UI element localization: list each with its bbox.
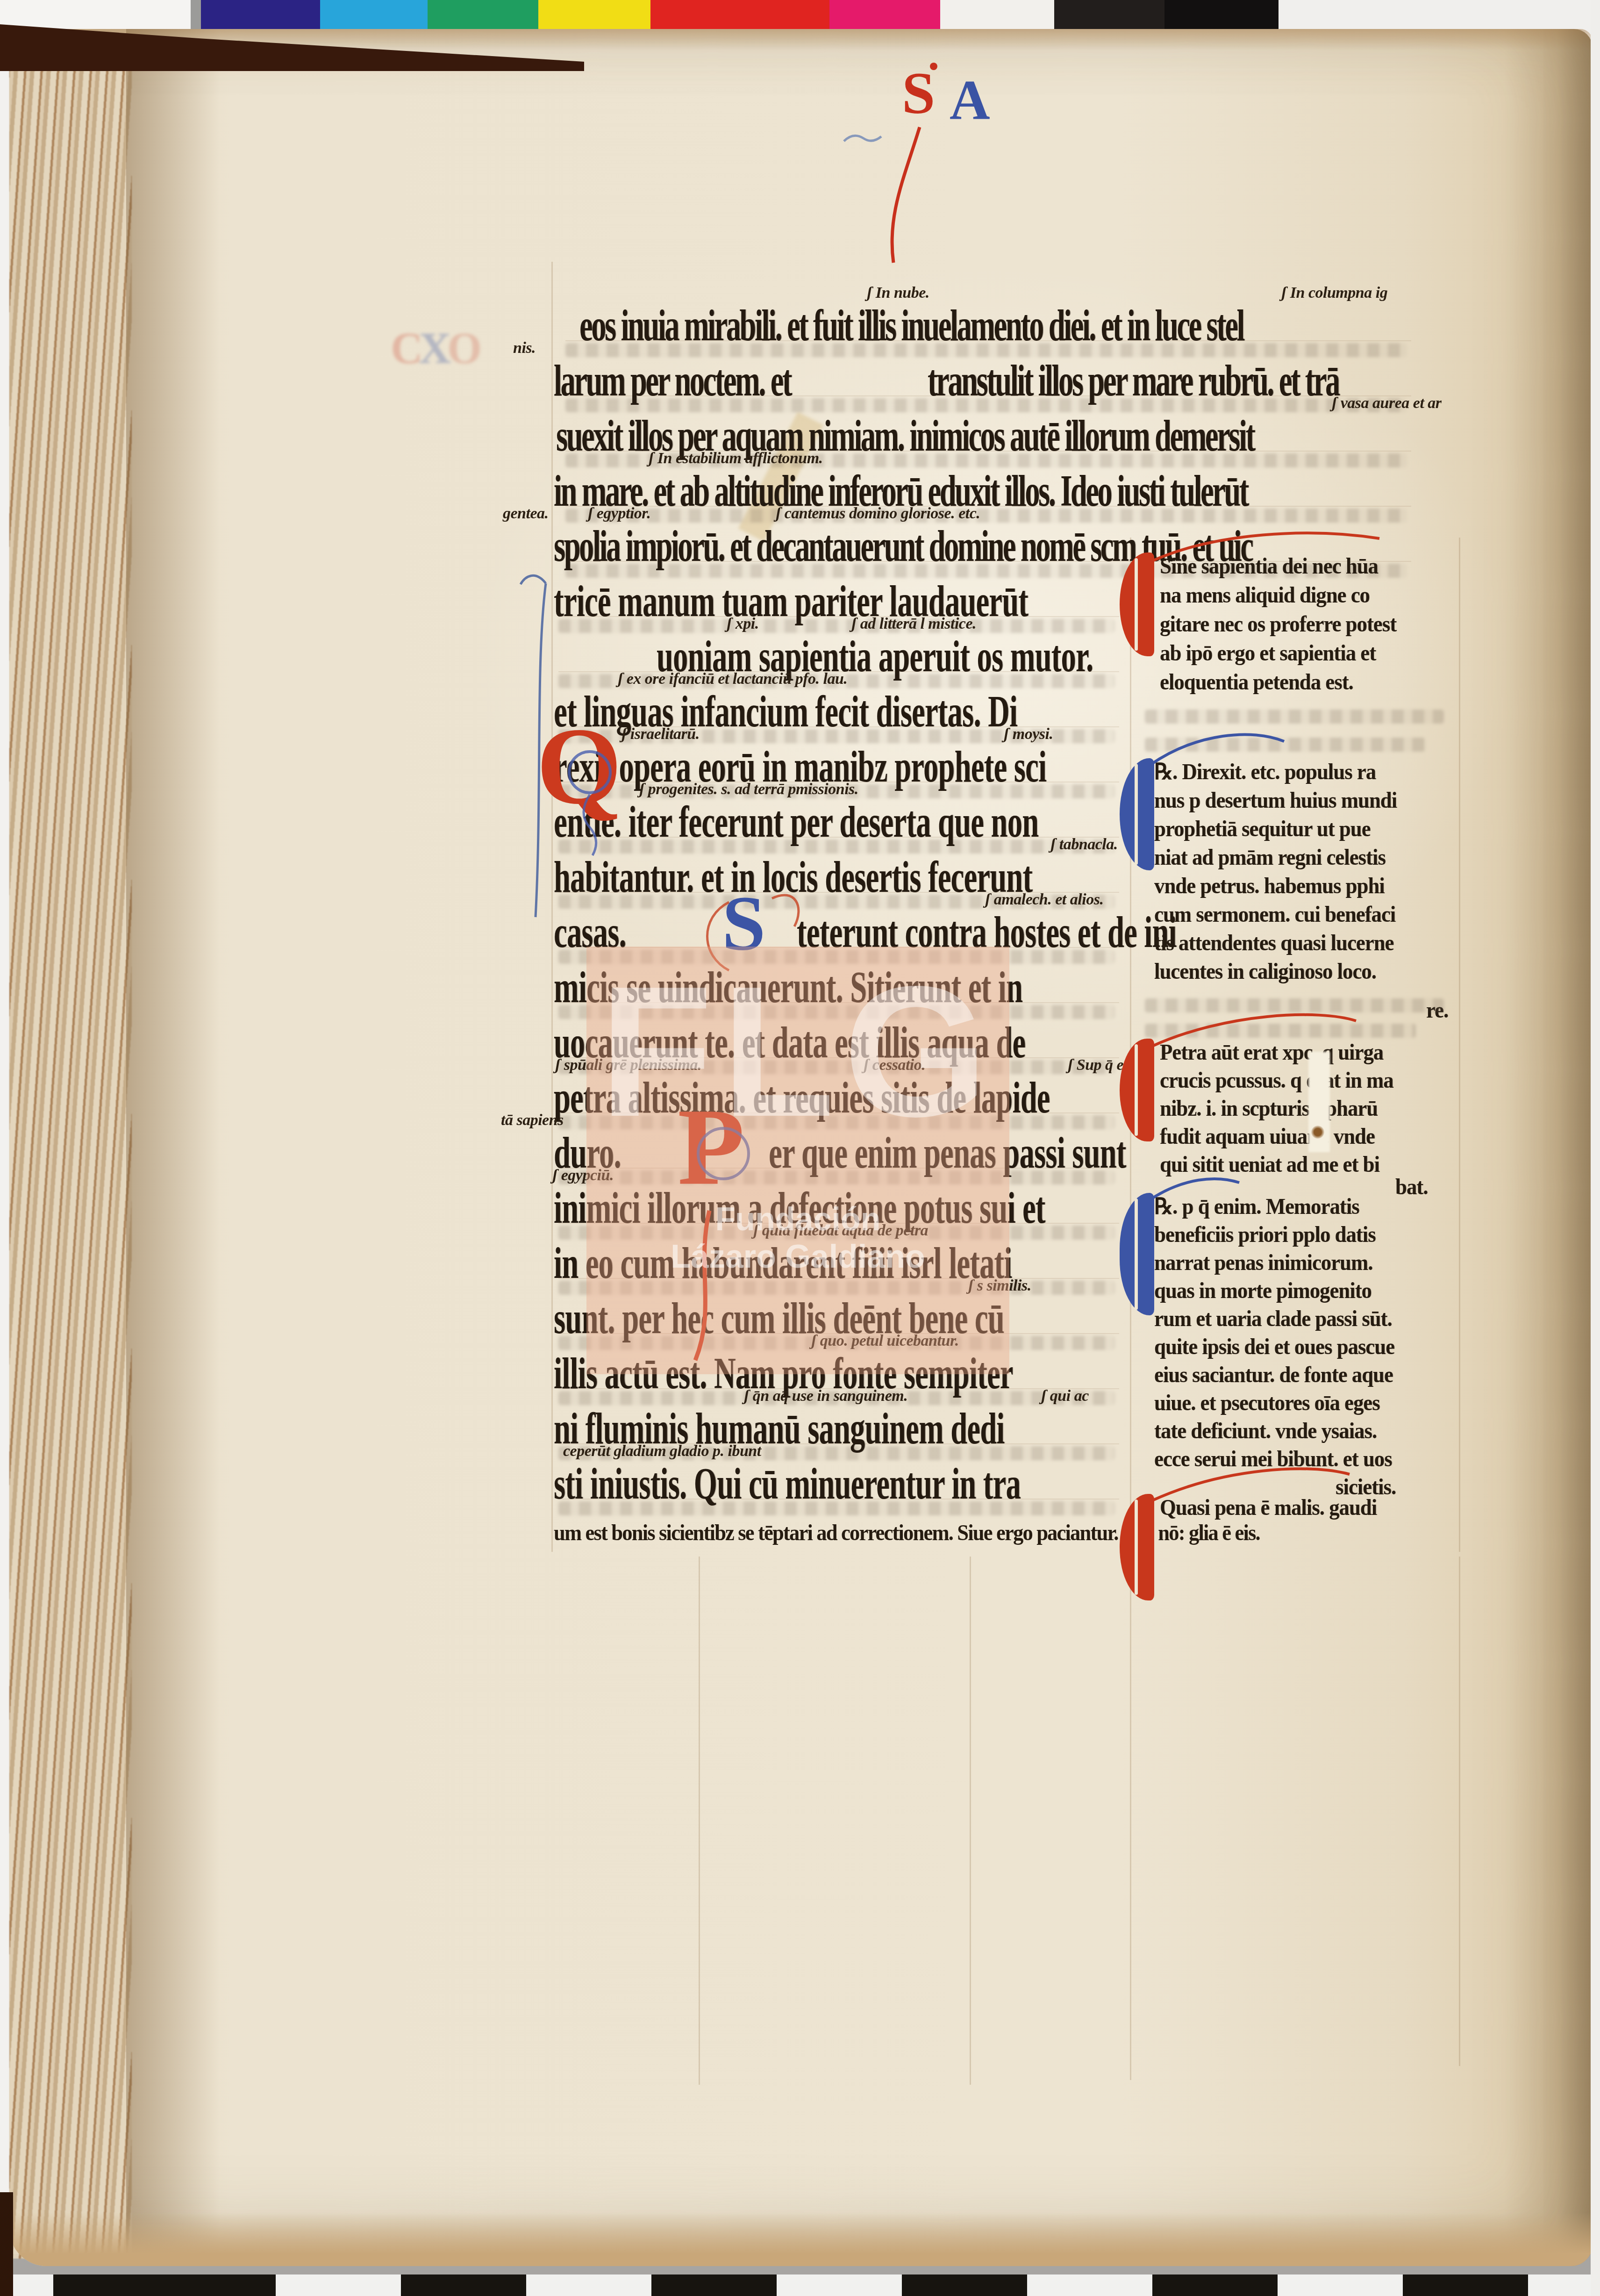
main-text-line: larum per noctem. et (554, 358, 791, 403)
gloss-column-line: Petra aūt erat xpc. q uirga (1160, 1041, 1383, 1064)
interlinear-gloss: ʃ moysi. (1004, 726, 1053, 742)
gloss-column-line: narrat penas inimicorum. (1154, 1252, 1372, 1274)
gloss-column-line: ab ipō ergo et sapientia et (1160, 642, 1376, 665)
decorated-initial-q: Q (536, 722, 622, 810)
interlinear-gloss: ʃ vasa aurea et ar (1332, 395, 1442, 411)
ruling-line-vertical (1459, 538, 1460, 1552)
gloss-paragraph-mark (1120, 1039, 1154, 1141)
ruling-line-vertical (1130, 538, 1131, 1552)
gloss-column-line: vnde petrus. habemus pphi (1154, 875, 1385, 897)
gloss-column-line: eius saciantur. de fonte aque (1154, 1364, 1393, 1386)
interlinear-gloss: ceperūt gladium gladio p. ibunt (563, 1443, 761, 1459)
showthrough-text-ghost (1145, 710, 1444, 724)
running-header-letter-s: S (902, 69, 935, 117)
gloss-column-line: na mens aliquid digne co (1160, 584, 1370, 607)
gloss-column-line: ℞. Direxit. etc. populus ra (1154, 761, 1376, 783)
main-text-line: sti iniustis. Qui cū minuerentur in tra (554, 1461, 1021, 1506)
interlinear-gloss: ʃ ex ore ifanciū et lactanciū pfo. lau. (618, 671, 847, 687)
manuscript-photo: CXO eos inuia mirabili. et fuit illis in… (0, 0, 1600, 2296)
interlinear-gloss: ʃ q̄n aq̄ use in sanguinem. (744, 1388, 907, 1404)
interlinear-gloss: ʃ qui ac (1041, 1388, 1089, 1404)
gloss-column-line: gitare nec os proferre potest (1160, 613, 1396, 636)
ruling-line-vertical (551, 262, 553, 1552)
ruling-line-vertical (1130, 1557, 1131, 2080)
showthrough-text-ghost (1145, 998, 1444, 1012)
gloss-column-line: ecce serui mei bibunt. et uos (1154, 1448, 1392, 1471)
gloss-column-line: prophetiā sequitur ut pue (1154, 818, 1371, 840)
interlinear-gloss: ʃ In nube. (867, 285, 929, 301)
interlinear-gloss: nis. (513, 340, 536, 356)
gloss-column-line: nus p desertum huius mundi (1154, 789, 1397, 812)
gloss-column-line: quas in morte pimogenito (1154, 1280, 1371, 1302)
gloss-column-line: fudit aquam uiuam. vnde (1160, 1126, 1375, 1148)
interlinear-gloss: ʃ tabnacla. (1050, 837, 1118, 853)
showthrough-text-ghost (1145, 1024, 1416, 1038)
interlinear-gloss: ʃ israelitarū. (621, 726, 700, 742)
interlinear-gloss: ʃ egyptior. (588, 506, 650, 522)
main-text-line: transtulit illos per mare rubrū. et trā (928, 358, 1339, 403)
ruling-line-vertical (699, 1557, 700, 2085)
interlinear-gloss: gentea. (503, 506, 549, 522)
interlinear-gloss: ʃ In estabilium afflictonum. (649, 451, 823, 466)
gloss-column-line: Sine sapientia dei nec hūa (1160, 555, 1378, 578)
main-text-line: habitantur. et in locis desertis fecerun… (554, 854, 1032, 899)
interlinear-gloss: ʃ ad litterā l mistice. (851, 616, 976, 632)
gloss-paragraph-mark (1120, 758, 1154, 870)
gloss-tail-word: bat. (1395, 1176, 1428, 1198)
gloss-column-line: crucis pcussus. q erat in ma (1160, 1069, 1393, 1092)
running-header-letter-a: A (950, 78, 990, 122)
gloss-column-line: Quasi pena ē malis. gaudi (1160, 1497, 1377, 1519)
interlinear-gloss: ʃ progenites. s. ad terrā pmissionis. (639, 782, 858, 797)
gloss-column-line: ℞. p q̄ enim. Memoratis (1154, 1196, 1359, 1218)
decorated-initial-s: S (722, 892, 765, 954)
watermark-line2: Lázaro Galdiano (586, 1240, 1009, 1273)
gloss-paragraph-mark (1120, 1494, 1154, 1600)
gloss-column-line: lucentes in caliginoso loco. (1154, 961, 1376, 983)
interlinear-gloss: tā sapiens (501, 1112, 564, 1128)
main-text-line: eos inuia mirabili. et fuit illis inuela… (579, 303, 1243, 348)
gloss-paragraph-mark (1120, 1193, 1154, 1315)
interlinear-gloss: ʃ xpi. (727, 616, 759, 632)
main-text-line: entie. iter fecerunt per deserta que non (554, 799, 1038, 844)
gloss-column-line: tate deficiunt. vnde ysaias. (1154, 1420, 1377, 1442)
library-watermark: FLG Fundación Lázaro Galdiano (586, 947, 1009, 1374)
gloss-column-line: eloquentia petenda est. (1160, 671, 1353, 694)
ruling-line-vertical (1459, 1557, 1460, 2066)
ruling-line-vertical (970, 1557, 971, 2085)
interlinear-gloss: ʃ amalech. et alios. (985, 892, 1103, 908)
parchment-hole (1311, 1126, 1324, 1139)
gloss-column-line: niat ad pmām regni celestis (1154, 847, 1386, 869)
watermark-initials: FLG (586, 959, 1009, 1145)
gloss-column-line: tis attendentes quasi lucerne (1154, 932, 1393, 954)
gloss-column-line: nibz. i. in scpturis ppharū (1160, 1098, 1378, 1120)
watermark-line1: Fundación (586, 1203, 1009, 1235)
gloss-column-line: quite ipsis dei et oues pascue (1154, 1336, 1394, 1358)
gloss-column-line: beneficiis priori pplo datis (1154, 1224, 1376, 1246)
gloss-column-line: qui sitit ueniat ad me et bi (1160, 1154, 1379, 1176)
interlinear-gloss: ʃ cantemus domino gloriose. etc. (776, 506, 980, 522)
gloss-column-line: uiue. et psecutores oīa eges (1154, 1392, 1380, 1414)
gloss-column-line: cum sermonem. cui benefaci (1154, 904, 1395, 926)
interlinear-gloss: ʃ In columpna ig (1281, 285, 1387, 301)
showthrough-text-ghost (1145, 738, 1425, 752)
gloss-column-line: rum et uaria clade passi sūt. (1154, 1308, 1392, 1330)
